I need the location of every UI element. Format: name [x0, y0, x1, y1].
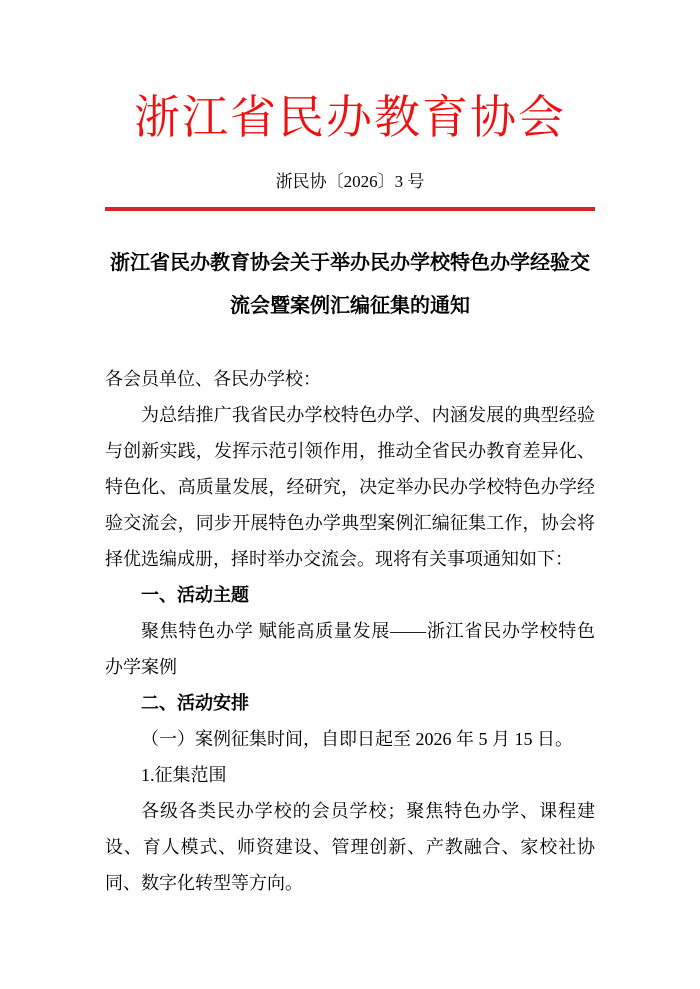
doc-number: 浙民协〔2026〕3 号 [105, 170, 595, 194]
section-heading-arrangement: 二、活动安排 [105, 685, 595, 721]
paragraph-collection-scope: 各级各类民办学校的会员学校；聚焦特色办学、课程建设、育人模式、师资建设、管理创新… [105, 793, 595, 901]
section-heading-theme: 一、活动主题 [105, 577, 595, 613]
paragraph-intro: 为总结推广我省民办学校特色办学、内涵发展的典型经验与创新实践，发挥示范引领作用，… [105, 397, 595, 577]
paragraph-collection-scope-label: 1.征集范围 [105, 757, 595, 793]
paragraph-theme: 聚焦特色办学 赋能高质量发展——浙江省民办学校特色办学案例 [105, 613, 595, 685]
red-divider-rule [105, 207, 595, 211]
org-title: 浙江省民办教育协会 [105, 86, 595, 150]
salutation: 各会员单位、各民办学校： [105, 361, 595, 397]
document-page: 浙江省民办教育协会 浙民协〔2026〕3 号 浙江省民办教育协会关于举办民办学校… [0, 0, 700, 989]
paragraph-collection-time: （一）案例征集时间，自即日起至 2026 年 5 月 15 日。 [105, 721, 595, 757]
notice-title: 浙江省民办教育协会关于举办民办学校特色办学经验交流会暨案例汇编征集的通知 [105, 242, 595, 328]
document-body: 各会员单位、各民办学校： 为总结推广我省民办学校特色办学、内涵发展的典型经验与创… [105, 361, 595, 901]
